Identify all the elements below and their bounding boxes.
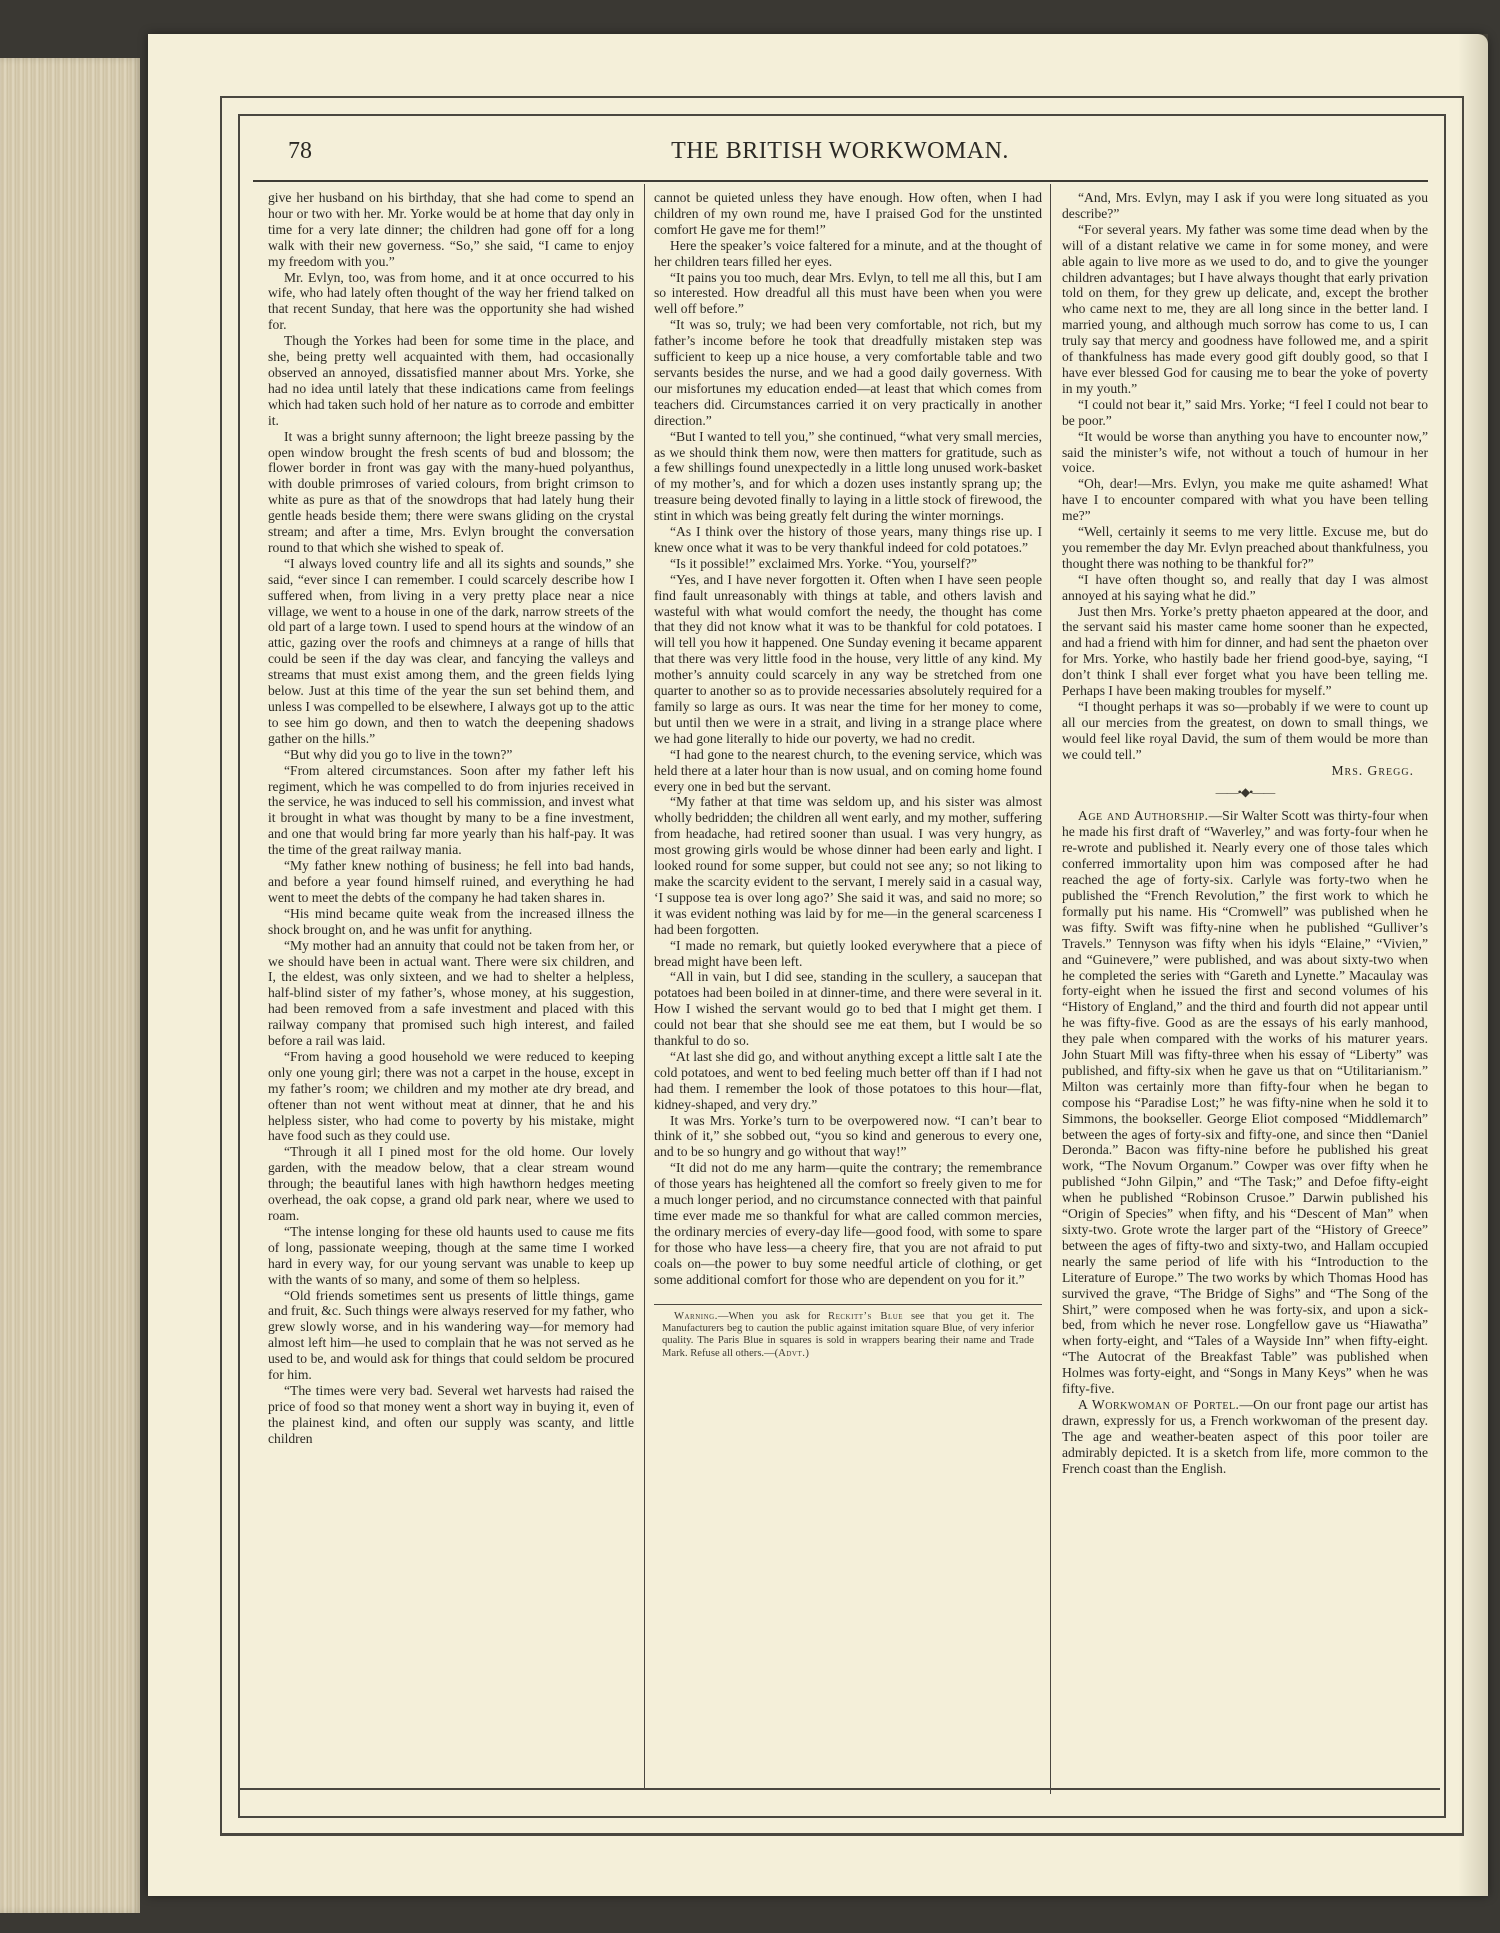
paragraph: “From having a good household we were re… bbox=[268, 1049, 634, 1144]
advert-brand: Reckitt’s Blue bbox=[828, 1311, 903, 1322]
section-divider-ornament: ——•◆•—— bbox=[1062, 785, 1428, 801]
paragraph: “My father knew nothing of business; he … bbox=[268, 858, 634, 906]
author-signature: Mrs. Gregg. bbox=[1062, 763, 1428, 779]
paragraph: “I made no remark, but quietly looked ev… bbox=[654, 938, 1042, 970]
paragraph: It was a bright sunny afternoon; the lig… bbox=[268, 429, 634, 556]
article-workwoman-of-portel: A Workwoman of Portel.—On our front page… bbox=[1062, 1397, 1428, 1477]
paragraph: “I have often thought so, and really tha… bbox=[1062, 572, 1428, 604]
article-heading: Age and Authorship. bbox=[1078, 808, 1209, 823]
paragraph: “I could not bear it,” said Mrs. Yorke; … bbox=[1062, 397, 1428, 429]
advert-text: Warning.—When you ask for Reckitt’s Blue… bbox=[662, 1311, 1034, 1361]
paragraph: give her husband on his birthday, that s… bbox=[268, 190, 634, 270]
book-page: 78 THE BRITISH WORKWOMAN. give her husba… bbox=[148, 34, 1488, 1896]
paragraph: “The times were very bad. Several wet ha… bbox=[268, 1383, 634, 1447]
paragraph: “It was so, truly; we had been very comf… bbox=[654, 317, 1042, 428]
paragraph: “But I wanted to tell you,” she continue… bbox=[654, 429, 1042, 524]
article-age-and-authorship: Age and Authorship.—Sir Walter Scott was… bbox=[1062, 808, 1428, 1397]
paragraph: “His mind became quite weak from the inc… bbox=[268, 906, 634, 938]
column-3: “And, Mrs. Evlyn, may I ask if you were … bbox=[1062, 190, 1428, 1477]
paragraph: “I thought perhaps it was so—probably if… bbox=[1062, 699, 1428, 763]
article-body: —Sir Walter Scott was thirty-four when h… bbox=[1062, 808, 1428, 1396]
article-heading: A Workwoman of Portel. bbox=[1078, 1397, 1239, 1412]
paragraph: “As I think over the history of those ye… bbox=[654, 524, 1042, 556]
paragraph: “But why did you go to live in the town?… bbox=[268, 747, 634, 763]
advert-heading: Warning. bbox=[674, 1311, 718, 1322]
column-divider bbox=[1050, 184, 1051, 1794]
paragraph: “My mother had an annuity that could not… bbox=[268, 938, 634, 1049]
paragraph: Just then Mrs. Yorke’s pretty phaeton ap… bbox=[1062, 604, 1428, 699]
book-page-edges bbox=[0, 58, 140, 1913]
advert-tag: Advt. bbox=[778, 1348, 805, 1359]
paragraph: “Well, certainly it seems to me very lit… bbox=[1062, 524, 1428, 572]
paragraph: Mr. Evlyn, too, was from home, and it at… bbox=[268, 270, 634, 334]
paragraph: “My father at that time was seldom up, a… bbox=[654, 794, 1042, 937]
header-rule bbox=[253, 180, 1428, 182]
paragraph: “The intense longing for these old haunt… bbox=[268, 1224, 634, 1288]
paragraph: “It did not do me any harm—quite the con… bbox=[654, 1160, 1042, 1287]
paragraph: “I always loved country life and all its… bbox=[268, 556, 634, 747]
running-title: THE BRITISH WORKWOMAN. bbox=[258, 138, 1422, 165]
paragraph: Though the Yorkes had been for some time… bbox=[268, 333, 634, 428]
paragraph: “Yes, and I have never forgotten it. Oft… bbox=[654, 572, 1042, 747]
paragraph: “Old friends sometimes sent us presents … bbox=[268, 1288, 634, 1383]
paragraph: “And, Mrs. Evlyn, may I ask if you were … bbox=[1062, 190, 1428, 222]
column-1: give her husband on his birthday, that s… bbox=[268, 190, 634, 1447]
paragraph: “For several years. My father was some t… bbox=[1062, 222, 1428, 397]
column-2: cannot be quieted unless they have enoug… bbox=[654, 190, 1042, 1360]
paragraph: “All in vain, but I did see, standing in… bbox=[654, 969, 1042, 1049]
bottom-rule bbox=[240, 1788, 1440, 1790]
paragraph: Here the speaker’s voice faltered for a … bbox=[654, 238, 1042, 270]
advertisement-reckitts-blue: Warning.—When you ask for Reckitt’s Blue… bbox=[654, 1304, 1042, 1361]
paragraph: “It would be worse than anything you hav… bbox=[1062, 429, 1428, 477]
paragraph: “Is it possible!” exclaimed Mrs. Yorke. … bbox=[654, 556, 1042, 572]
paragraph: “Through it all I pined most for the old… bbox=[268, 1144, 634, 1224]
paragraph: It was Mrs. Yorke’s turn to be overpower… bbox=[654, 1113, 1042, 1161]
paragraph: “From altered circumstances. Soon after … bbox=[268, 763, 634, 858]
paragraph: “It pains you too much, dear Mrs. Evlyn,… bbox=[654, 270, 1042, 318]
column-divider bbox=[644, 184, 645, 1789]
paragraph: “At last she did go, and without anythin… bbox=[654, 1049, 1042, 1113]
paragraph: cannot be quieted unless they have enoug… bbox=[654, 190, 1042, 238]
bottom-rule-outer bbox=[220, 1834, 1464, 1836]
paragraph: “I had gone to the nearest church, to th… bbox=[654, 747, 1042, 795]
page-header: 78 THE BRITISH WORKWOMAN. bbox=[258, 132, 1422, 172]
paragraph: “Oh, dear!—Mrs. Evlyn, you make me quite… bbox=[1062, 476, 1428, 524]
